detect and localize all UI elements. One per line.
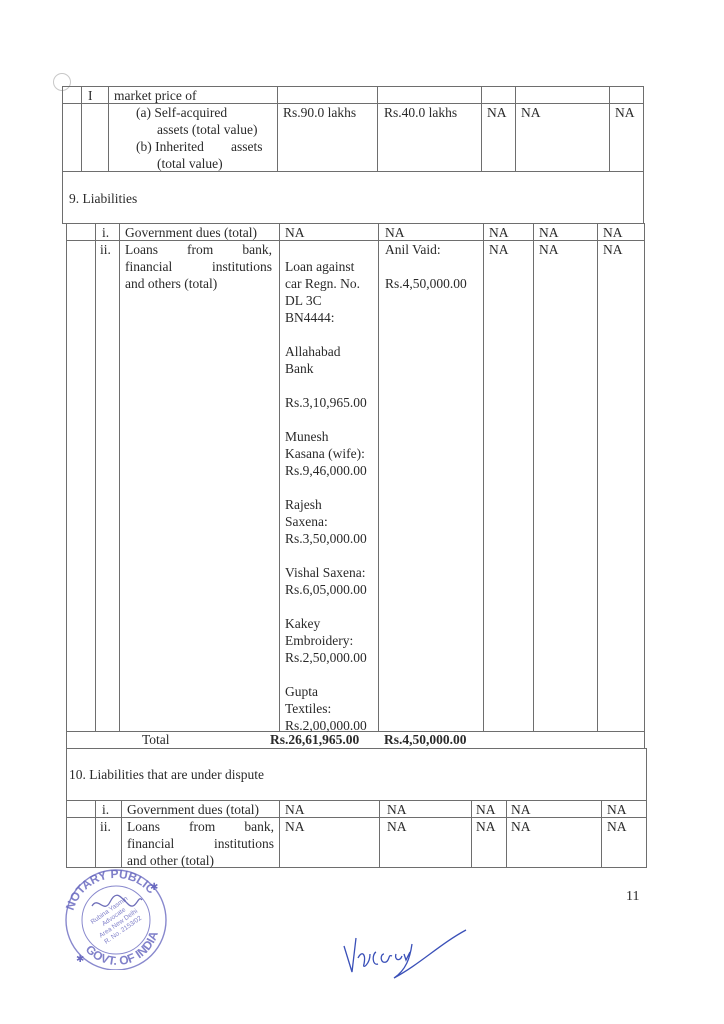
row-label: Government dues (total)	[125, 224, 257, 241]
value-dependent-2: NA	[511, 818, 531, 835]
sub-item-b: (b) Inherited	[136, 138, 204, 155]
value-spouse: NA	[385, 224, 405, 241]
sub-item-a-cont: assets (total value)	[157, 121, 257, 138]
label-line: financial institutions	[125, 258, 272, 275]
loan-line: Rajesh	[285, 496, 367, 513]
total-spouse: Rs.4,50,000.00	[384, 731, 467, 748]
loan-line: Allahabad	[285, 343, 367, 360]
value-spouse: NA	[387, 818, 407, 835]
section-heading: 10. Liabilities that are under dispute	[69, 766, 264, 783]
value-dependent-1: NA	[476, 801, 496, 818]
total-label: Total	[142, 731, 170, 748]
value-spouse: NA	[387, 801, 407, 818]
value-dependent-3: NA	[607, 818, 627, 835]
value-self: NA	[285, 801, 305, 818]
value-dependent-1: NA	[489, 241, 509, 258]
value-dependent-1: NA	[476, 818, 496, 835]
loan-line: Gupta	[285, 683, 367, 700]
value-dependent-1: NA	[487, 104, 507, 121]
loan-line: Kakey	[285, 615, 367, 632]
loan-line: Embroidery:	[285, 632, 367, 649]
page-number: 11	[626, 888, 639, 905]
label-line: Loans from bank,	[127, 818, 274, 835]
row-label: Government dues (total)	[127, 801, 259, 818]
label-line: and others (total)	[125, 275, 272, 292]
row-label: market price of	[114, 87, 196, 104]
loan-amount: Rs.9,46,000.00	[285, 462, 367, 479]
loan-line: Kasana (wife):	[285, 445, 367, 462]
value-dependent-2: NA	[511, 801, 531, 818]
loan-line: Munesh	[285, 428, 367, 445]
self-loans-list: Loan against car Regn. No. DL 3C BN4444:…	[285, 258, 367, 734]
loan-line: car Regn. No.	[285, 275, 367, 292]
row-number: I	[88, 87, 93, 104]
loan-line: Loan against	[285, 258, 367, 275]
value-dependent-1: NA	[489, 224, 509, 241]
loan-line: Bank	[285, 360, 367, 377]
value-dependent-3: NA	[603, 241, 623, 258]
value-self: NA	[285, 818, 305, 835]
signature-icon	[340, 924, 470, 980]
value-dependent-2: NA	[539, 224, 559, 241]
total-self: Rs.26,61,965.00	[270, 731, 359, 748]
value-dependent-3: NA	[615, 104, 635, 121]
value-dependent-2: NA	[521, 104, 541, 121]
row-number: ii.	[100, 818, 111, 835]
loan-line: DL 3C	[285, 292, 367, 309]
value-spouse: Rs.40.0 lakhs	[384, 104, 457, 121]
loan-amount: Rs.6,05,000.00	[285, 581, 367, 598]
row-number: ii.	[100, 241, 111, 258]
loan-line: Saxena:	[285, 513, 367, 530]
row-label: Loans from bank, financial institutions …	[125, 241, 272, 292]
sub-item-b-word: assets	[231, 138, 263, 155]
loan-line: BN4444:	[285, 309, 367, 326]
row-number: i.	[102, 801, 109, 818]
row-label: Loans from bank, financial institutions …	[127, 818, 274, 869]
label-line: Loans from bank,	[125, 241, 272, 258]
loan-amount: Rs.4,50,000.00	[385, 275, 467, 292]
value-dependent-3: NA	[607, 801, 627, 818]
svg-text:✱: ✱	[76, 954, 84, 965]
loan-line: Textiles:	[285, 700, 367, 717]
row-number: i.	[102, 224, 109, 241]
loan-line: Anil Vaid:	[385, 241, 467, 258]
loan-amount: Rs.3,50,000.00	[285, 530, 367, 547]
loan-line: Vishal Saxena:	[285, 564, 367, 581]
spouse-loans-list: Anil Vaid: Rs.4,50,000.00	[385, 241, 467, 292]
value-dependent-3: NA	[603, 224, 623, 241]
sub-item-b-cont: (total value)	[157, 155, 223, 172]
notary-stamp-icon: NOTARY PUBLIC GOVT. OF INDIA Rubina Yasm…	[58, 866, 174, 970]
loan-amount: Rs.3,10,965.00	[285, 394, 367, 411]
loan-amount: Rs.2,50,000.00	[285, 649, 367, 666]
section-heading: 9. Liabilities	[69, 190, 137, 207]
value-dependent-2: NA	[539, 241, 559, 258]
value-self: Rs.90.0 lakhs	[283, 104, 356, 121]
value-self: NA	[285, 224, 305, 241]
svg-text:✱: ✱	[150, 882, 158, 893]
sub-item-a: (a) Self-acquired	[136, 104, 227, 121]
label-line: financial institutions	[127, 835, 274, 852]
